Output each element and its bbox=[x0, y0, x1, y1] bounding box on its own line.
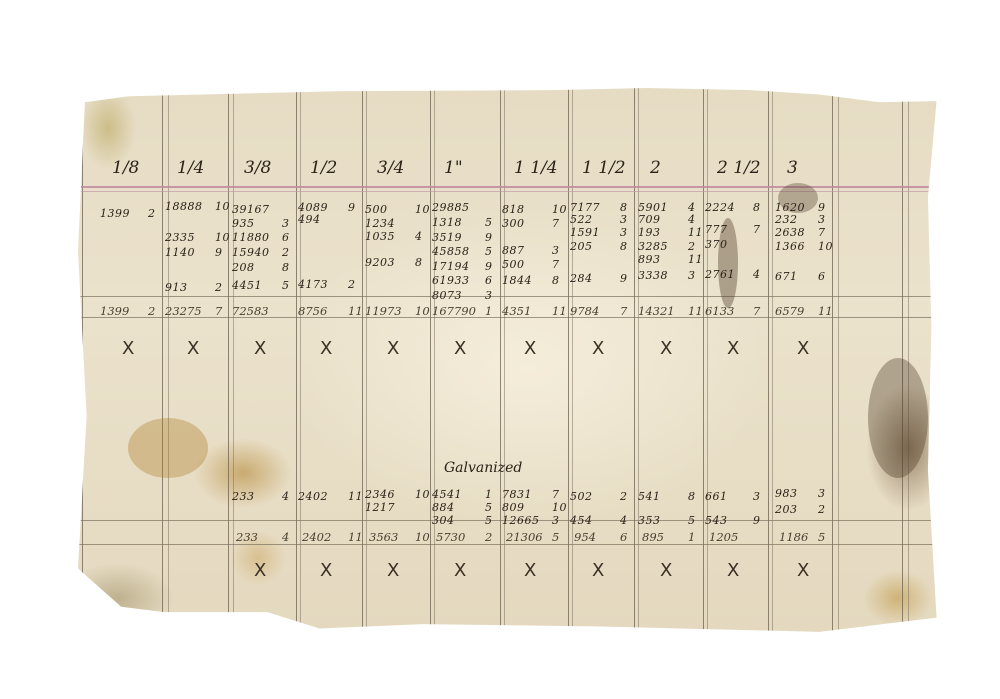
entry-fraction: 10 bbox=[818, 240, 833, 253]
galvanized-amount: 884 bbox=[432, 501, 455, 514]
entry-amount: 1591 bbox=[570, 226, 600, 239]
galvanized-amount: 2346 bbox=[365, 488, 395, 501]
column-size-header: 1/8 bbox=[112, 158, 139, 178]
entry-amount: 61933 bbox=[432, 274, 470, 287]
entry-amount: 4451 bbox=[232, 279, 262, 292]
galvanized-total-fraction: 1 bbox=[688, 530, 695, 544]
galvanized-check-mark: X bbox=[524, 560, 536, 581]
galvanized-total: 5730 bbox=[436, 530, 465, 544]
entry-amount: 777 bbox=[705, 223, 728, 236]
column-total: 14321 bbox=[638, 304, 675, 318]
entry-amount: 2224 bbox=[705, 201, 735, 214]
entry-fraction: 2 bbox=[215, 281, 223, 294]
entry-fraction: 9 bbox=[485, 260, 493, 273]
entry-amount: 39167 bbox=[232, 203, 270, 216]
entry-fraction: 6 bbox=[485, 274, 493, 287]
entry-fraction: 7 bbox=[818, 226, 826, 239]
column-total: 6579 bbox=[775, 304, 804, 318]
entry-fraction: 11 bbox=[688, 253, 703, 266]
ledger-paper bbox=[78, 88, 940, 634]
galvanized-total-fraction: 11 bbox=[348, 530, 363, 544]
entry-fraction: 6 bbox=[818, 270, 826, 283]
column-total: 4351 bbox=[502, 304, 531, 318]
galvanized-amount: 233 bbox=[232, 490, 255, 503]
galvanized-amount: 203 bbox=[775, 503, 798, 516]
galvanized-total: 2402 bbox=[302, 530, 331, 544]
column-size-header: 1" bbox=[444, 158, 463, 178]
column-total-fraction: 1 bbox=[485, 304, 492, 318]
galvanized-amount: 2402 bbox=[298, 490, 328, 503]
galvanized-check-mark: X bbox=[320, 560, 332, 581]
check-mark: X bbox=[320, 338, 332, 359]
galvanized-amount: 4541 bbox=[432, 488, 462, 501]
entry-amount: 208 bbox=[232, 261, 255, 274]
galvanized-total-fraction: 6 bbox=[620, 530, 627, 544]
check-mark: X bbox=[797, 338, 809, 359]
galvanized-amount: 304 bbox=[432, 514, 455, 527]
entry-amount: 2761 bbox=[705, 268, 735, 281]
entry-amount: 3338 bbox=[638, 269, 668, 282]
galvanized-amount: 502 bbox=[570, 490, 593, 503]
entry-amount: 300 bbox=[502, 217, 525, 230]
entry-fraction: 9 bbox=[485, 231, 493, 244]
galvanized-fraction: 7 bbox=[552, 488, 560, 501]
entry-amount: 500 bbox=[502, 258, 525, 271]
entry-fraction: 5 bbox=[485, 216, 493, 229]
column-size-header: 1/4 bbox=[177, 158, 204, 178]
galvanized-fraction: 2 bbox=[818, 503, 826, 516]
galvanized-fraction: 8 bbox=[688, 490, 696, 503]
galvanized-total-fraction: 5 bbox=[818, 530, 825, 544]
entry-amount: 887 bbox=[502, 244, 525, 257]
entry-amount: 205 bbox=[570, 240, 593, 253]
entry-fraction: 4 bbox=[415, 230, 423, 243]
galvanized-amount: 661 bbox=[705, 490, 728, 503]
galvanized-amount: 353 bbox=[638, 514, 661, 527]
column-total-fraction: 10 bbox=[415, 304, 430, 318]
entry-fraction: 9 bbox=[215, 246, 223, 259]
check-mark: X bbox=[592, 338, 604, 359]
entry-fraction: 5 bbox=[282, 279, 290, 292]
galvanized-amount: 12665 bbox=[502, 514, 540, 527]
galvanized-fraction: 11 bbox=[348, 490, 363, 503]
entry-fraction: 8 bbox=[552, 274, 560, 287]
column-total-fraction: 11 bbox=[818, 304, 833, 318]
entry-amount: 2638 bbox=[775, 226, 805, 239]
column-size-header: 3 bbox=[787, 158, 798, 178]
entry-fraction: 7 bbox=[552, 217, 560, 230]
check-mark: X bbox=[387, 338, 399, 359]
column-total: 1399 bbox=[100, 304, 129, 318]
column-size-header: 3/8 bbox=[244, 158, 271, 178]
galvanized-fraction: 1 bbox=[485, 488, 493, 501]
entry-fraction: 9 bbox=[620, 272, 628, 285]
column-size-header: 1 1/2 bbox=[582, 158, 626, 178]
galvanized-total: 3563 bbox=[369, 530, 398, 544]
entry-fraction: 11 bbox=[688, 226, 703, 239]
galvanized-fraction: 5 bbox=[485, 514, 493, 527]
galvanized-fraction: 5 bbox=[688, 514, 696, 527]
entry-amount: 15940 bbox=[232, 246, 270, 259]
entry-amount: 913 bbox=[165, 281, 188, 294]
entry-fraction: 8 bbox=[620, 240, 628, 253]
entry-amount: 500 bbox=[365, 203, 388, 216]
column-total-fraction: 11 bbox=[552, 304, 567, 318]
galvanized-fraction: 3 bbox=[753, 490, 761, 503]
galvanized-check-mark: X bbox=[387, 560, 399, 581]
entry-fraction: 7 bbox=[753, 223, 761, 236]
entry-amount: 17194 bbox=[432, 260, 470, 273]
column-total: 6133 bbox=[705, 304, 734, 318]
column-total: 72583 bbox=[232, 304, 269, 318]
galvanized-fraction: 5 bbox=[485, 501, 493, 514]
column-total-fraction: 11 bbox=[348, 304, 363, 318]
galvanized-total: 233 bbox=[236, 530, 258, 544]
entry-amount: 671 bbox=[775, 270, 798, 283]
column-size-header: 2 bbox=[650, 158, 661, 178]
column-size-header: 1/2 bbox=[310, 158, 337, 178]
entry-fraction: 3 bbox=[688, 269, 696, 282]
entry-amount: 494 bbox=[298, 213, 321, 226]
galvanized-fraction: 9 bbox=[753, 514, 761, 527]
entry-amount: 1399 bbox=[100, 207, 130, 220]
column-size-header: 2 1/2 bbox=[717, 158, 761, 178]
check-mark: X bbox=[254, 338, 266, 359]
entry-fraction: 2 bbox=[148, 207, 156, 220]
entry-fraction: 10 bbox=[552, 203, 567, 216]
galvanized-amount: 543 bbox=[705, 514, 728, 527]
galvanized-total: 1186 bbox=[779, 530, 808, 544]
entry-amount: 18888 bbox=[165, 200, 203, 213]
entry-amount: 3519 bbox=[432, 231, 462, 244]
entry-fraction: 8 bbox=[753, 201, 761, 214]
galvanized-amount: 809 bbox=[502, 501, 525, 514]
column-total: 9784 bbox=[570, 304, 599, 318]
entry-fraction: 8 bbox=[415, 256, 423, 269]
entry-amount: 709 bbox=[638, 213, 661, 226]
entry-fraction: 9 bbox=[348, 201, 356, 214]
entry-fraction: 3 bbox=[620, 226, 628, 239]
entry-amount: 29885 bbox=[432, 201, 470, 214]
galvanized-check-mark: X bbox=[254, 560, 266, 581]
galvanized-total: 895 bbox=[642, 530, 664, 544]
entry-fraction: 7 bbox=[552, 258, 560, 271]
check-mark: X bbox=[122, 338, 134, 359]
check-mark: X bbox=[187, 338, 199, 359]
galvanized-amount: 541 bbox=[638, 490, 661, 503]
entry-fraction: 3 bbox=[818, 213, 826, 226]
entry-amount: 45858 bbox=[432, 245, 470, 258]
check-mark: X bbox=[524, 338, 536, 359]
entry-amount: 193 bbox=[638, 226, 661, 239]
column-total: 11973 bbox=[365, 304, 402, 318]
check-mark: X bbox=[660, 338, 672, 359]
entry-fraction: 3 bbox=[552, 244, 560, 257]
galvanized-total-fraction: 10 bbox=[415, 530, 430, 544]
galvanized-fraction: 4 bbox=[282, 490, 290, 503]
galvanized-total-fraction: 5 bbox=[552, 530, 559, 544]
galvanized-total: 954 bbox=[574, 530, 596, 544]
entry-amount: 232 bbox=[775, 213, 798, 226]
galvanized-amount: 454 bbox=[570, 514, 593, 527]
check-mark: X bbox=[454, 338, 466, 359]
galvanized-fraction: 10 bbox=[415, 488, 430, 501]
galvanized-check-mark: X bbox=[797, 560, 809, 581]
entry-amount: 818 bbox=[502, 203, 525, 216]
entry-amount: 284 bbox=[570, 272, 593, 285]
galvanized-check-mark: X bbox=[592, 560, 604, 581]
check-mark: X bbox=[727, 338, 739, 359]
entry-fraction: 10 bbox=[215, 231, 230, 244]
galvanized-amount: 983 bbox=[775, 487, 798, 500]
entry-amount: 522 bbox=[570, 213, 593, 226]
column-total-fraction: 7 bbox=[753, 304, 760, 318]
entry-fraction: 2 bbox=[282, 246, 290, 259]
galvanized-total-fraction: 2 bbox=[485, 530, 492, 544]
entry-fraction: 3 bbox=[620, 213, 628, 226]
column-total: 8756 bbox=[298, 304, 327, 318]
section-label-galvanized: Galvanized bbox=[444, 460, 522, 476]
entry-fraction: 4 bbox=[753, 268, 761, 281]
entry-fraction: 6 bbox=[282, 231, 290, 244]
galvanized-check-mark: X bbox=[454, 560, 466, 581]
entry-fraction: 10 bbox=[415, 203, 430, 216]
column-size-header: 1 1/4 bbox=[514, 158, 558, 178]
entry-fraction: 2 bbox=[348, 278, 356, 291]
column-total: 167790 bbox=[432, 304, 476, 318]
galvanized-total-fraction: 4 bbox=[282, 530, 289, 544]
entry-amount: 1318 bbox=[432, 216, 462, 229]
column-total: 23275 bbox=[165, 304, 202, 318]
entry-amount: 8073 bbox=[432, 289, 462, 302]
galvanized-amount: 7831 bbox=[502, 488, 532, 501]
column-total-fraction: 2 bbox=[148, 304, 155, 318]
galvanized-amount: 1217 bbox=[365, 501, 395, 514]
galvanized-check-mark: X bbox=[727, 560, 739, 581]
column-total-fraction: 7 bbox=[215, 304, 222, 318]
entry-fraction: 5 bbox=[485, 245, 493, 258]
entry-amount: 1234 bbox=[365, 217, 395, 230]
galvanized-fraction: 3 bbox=[818, 487, 826, 500]
entry-fraction: 3 bbox=[282, 217, 290, 230]
galvanized-fraction: 3 bbox=[552, 514, 560, 527]
entry-fraction: 4 bbox=[688, 213, 696, 226]
entry-amount: 893 bbox=[638, 253, 661, 266]
galvanized-fraction: 10 bbox=[552, 501, 567, 514]
entry-amount: 370 bbox=[705, 238, 728, 251]
entry-amount: 1844 bbox=[502, 274, 532, 287]
entry-amount: 1035 bbox=[365, 230, 395, 243]
entry-amount: 4173 bbox=[298, 278, 328, 291]
entry-fraction: 2 bbox=[688, 240, 696, 253]
entry-fraction: 3 bbox=[485, 289, 493, 302]
ledger-photo: 1/81399213992X1/418888102335101140991322… bbox=[0, 0, 1000, 699]
column-total-fraction: 7 bbox=[620, 304, 627, 318]
galvanized-fraction: 4 bbox=[620, 514, 628, 527]
entry-fraction: 10 bbox=[215, 200, 230, 213]
galvanized-total: 1205 bbox=[709, 530, 738, 544]
entry-amount: 1366 bbox=[775, 240, 805, 253]
entry-amount: 9203 bbox=[365, 256, 395, 269]
column-size-header: 3/4 bbox=[377, 158, 404, 178]
galvanized-check-mark: X bbox=[660, 560, 672, 581]
entry-amount: 2335 bbox=[165, 231, 195, 244]
galvanized-fraction: 2 bbox=[620, 490, 628, 503]
galvanized-total: 21306 bbox=[506, 530, 543, 544]
entry-fraction: 8 bbox=[282, 261, 290, 274]
column-total-fraction: 11 bbox=[688, 304, 703, 318]
entry-amount: 3285 bbox=[638, 240, 668, 253]
entry-amount: 11880 bbox=[232, 231, 270, 244]
entry-amount: 1140 bbox=[165, 246, 195, 259]
entry-amount: 935 bbox=[232, 217, 255, 230]
